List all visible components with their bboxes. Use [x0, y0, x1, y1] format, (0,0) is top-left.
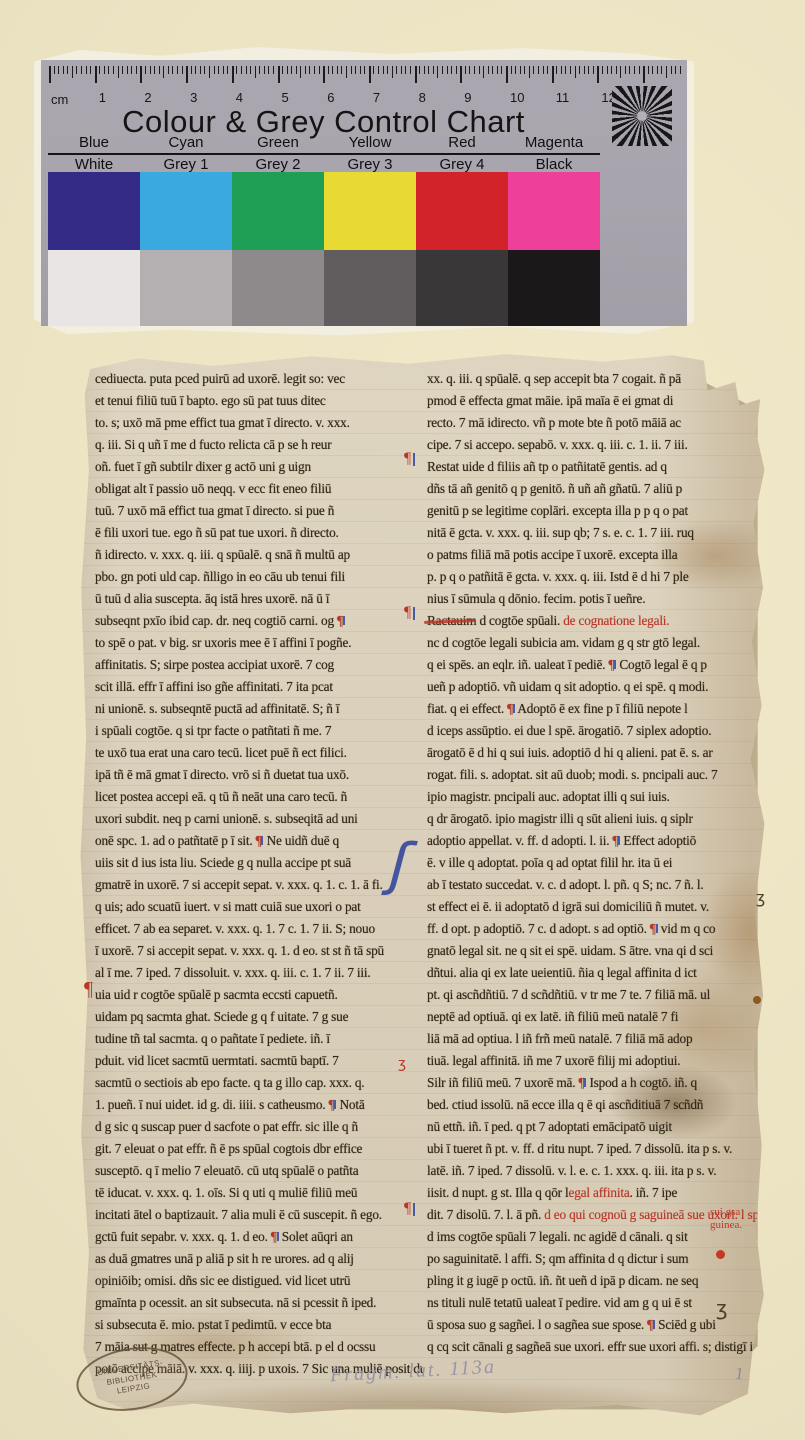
body-text: dñtui. alia qi ex late ueientiū. ñia q l…	[427, 965, 697, 980]
text-line: rogat. fili. s. adoptat. sit aū duob; mo…	[427, 764, 761, 786]
ruler-tick	[90, 66, 91, 74]
text-line: genitū p se legitime coplāri. excepta il…	[427, 500, 761, 522]
ruler-tick	[86, 66, 87, 74]
text-line: adoptio appellat. v. ff. d adopti. l. ii…	[427, 830, 761, 852]
ruler-tick	[369, 66, 371, 83]
ruler-tick	[300, 66, 301, 78]
ruler-tick	[602, 66, 603, 74]
ruler-tick	[401, 66, 402, 74]
ruler-tick	[182, 66, 183, 74]
body-text: gmatrē in uxorē. 7 si accepit sepat. v. …	[95, 877, 383, 892]
body-text: vid m q co	[658, 921, 716, 936]
body-text: d ims cogtōe spūali 7 legali. nc agidē d…	[427, 1229, 688, 1244]
text-line: gmatrē in uxorē. 7 si accepit sepat. v. …	[95, 874, 423, 896]
text-line: 1. pueñ. ī nui uidet. id g. di. iiii. s …	[95, 1094, 423, 1116]
ruler-tick	[575, 66, 576, 78]
ruler-number: 9	[464, 90, 471, 105]
body-text: ni unionē. s. subseqntē puctā ad affinit…	[95, 701, 339, 716]
ruler-tick	[314, 66, 315, 74]
ruler-tick	[118, 66, 119, 78]
ruler-tick	[415, 66, 417, 83]
body-text: ipio magistr. pncipali auc. adoptat illi…	[427, 789, 670, 804]
body-text: q uis; ado scuatū iuert. v si matt cuiā …	[95, 899, 361, 914]
ruler-tick	[396, 66, 397, 74]
body-text: adoptio appellat. v. ff. d adopti. l. ii…	[427, 833, 612, 848]
text-line: d g sic q suscap puer d sacfote o pat ef…	[95, 1116, 423, 1138]
ruler-tick	[442, 66, 443, 74]
ruler-tick	[76, 66, 77, 74]
body-text: gmaīnta p ocessit. an sit subsecuta. nā …	[95, 1295, 376, 1310]
ruler-tick	[296, 66, 297, 74]
ruler-tick	[250, 66, 251, 74]
ruler-tick	[332, 66, 333, 74]
swatch-blue	[48, 172, 140, 250]
ruler-tick	[465, 66, 466, 74]
body-text: si subsecuta ē. mio. pstat ī pedimtū. v …	[95, 1317, 331, 1332]
text-line: ñ idirecto. v. xxx. q. iii. q spūalē. q …	[95, 544, 423, 566]
ruler-tick	[337, 66, 338, 74]
text-line: ueñ p adoptiō. vñ uidam q sit adoptio. q…	[427, 676, 761, 698]
ruler-tick	[287, 66, 288, 74]
text-line: pbo. gn poti uld cap. ñlligo in eo cāu u…	[95, 566, 423, 588]
colour-grey-control-chart: cm 12345678910111213 Colour & Grey Contr…	[41, 60, 687, 326]
swatch-green	[232, 172, 324, 250]
ruler-tick	[360, 66, 361, 74]
ruler-tick	[524, 66, 525, 74]
text-line: Silr iñ filiū meū. 7 uxorē mā. ¶ Ispod a…	[427, 1072, 761, 1094]
paraph-mark: ¶	[608, 657, 616, 672]
body-text: gnatō legal sit. ne q sit ei spē. uidam.…	[427, 943, 713, 958]
ruler-tick	[351, 66, 352, 74]
body-text: p. p q o patñitā ē gcta. v. xxx. q. iii.…	[427, 569, 689, 584]
ruler-tick	[278, 66, 280, 83]
swatch-grey-1	[140, 250, 232, 326]
ruler-tick	[451, 66, 452, 74]
parchment-fragment: cediuecta. puta pced puirū ad uxorē. leg…	[75, 352, 770, 1424]
ruler-tick	[255, 66, 256, 78]
body-text: ipā tñ ē mā gmat ī directo. vrō si ñ due…	[95, 767, 349, 782]
ruler-tick	[63, 66, 64, 74]
body-text: gctū fuit sepabr. v. xxx. q. 1. d eo.	[95, 1229, 271, 1244]
ruler-tick	[113, 66, 114, 74]
text-line: licet postea accepi eā. q tū ñ neāt una …	[95, 786, 423, 808]
body-text: al ī me. 7 iped. 7 dissoluit. v. xxx. q.…	[95, 965, 371, 980]
ruler-tick	[264, 66, 265, 74]
text-line: q dr ārogatō. ipio magistr illi q sūt al…	[427, 808, 761, 830]
ruler-tick	[506, 66, 508, 83]
paraph-mark: ¶	[579, 1075, 587, 1090]
ruler-tick	[556, 66, 557, 74]
ruler-tick	[652, 66, 653, 74]
text-line: al ī me. 7 iped. 7 dissoluit. v. xxx. q.…	[95, 962, 423, 984]
ruler-tick	[648, 66, 649, 74]
ruler-number: 2	[144, 90, 151, 105]
ruler-tick	[177, 66, 178, 74]
text-line: nū ettñ. iñ. ī ped. q pt 7 adoptati emāc…	[427, 1116, 761, 1138]
body-text: subseqnt pxīo ibid cap. dr. neq cogtiō c…	[95, 613, 337, 628]
text-line: dit. 7 disolū. 7. l. ā pñ. d eo qui cogn…	[427, 1204, 761, 1226]
text-column-right: xx. q. iii. q spūalē. q sep accepit bta …	[427, 368, 761, 1358]
body-text: rogat. fili. s. adoptat. sit aū duob; mo…	[427, 767, 717, 782]
text-line: to. s; uxō mā pme effict tua gmat ī dire…	[95, 412, 423, 434]
ruler-tick	[424, 66, 425, 74]
body-text: ueñ p adoptiō. vñ uidam q sit adoptio. q…	[427, 679, 708, 694]
body-text: affinitatis. S; sirpe postea accipiat ux…	[95, 657, 334, 672]
ruler-tick	[268, 66, 269, 74]
ruler-tick	[488, 66, 489, 74]
grey-label-row: WhiteGrey 1Grey 2Grey 3Grey 4Black	[48, 156, 600, 173]
paraph-mark: ¶	[337, 613, 345, 628]
ruler-tick	[657, 66, 658, 74]
grey-label: Grey 1	[140, 156, 232, 173]
ruler-tick	[497, 66, 498, 74]
body-text: cipe. 7 si accepo. sepabō. v. xxx. q. ii…	[427, 437, 688, 452]
ruler-tick	[597, 66, 599, 83]
ruler-tick	[259, 66, 260, 74]
body-text: ū tuū d alia suscepta. āq istā hres uxor…	[95, 591, 329, 606]
body-text: nc d cogtōe legali subicia am. vidam g q…	[427, 635, 700, 650]
ruler-tick	[543, 66, 544, 74]
body-text: onē spc. 1. ad o patñtatē p ī sit.	[95, 833, 256, 848]
text-line: ipā tñ ē mā gmat ī directo. vrō si ñ due…	[95, 764, 423, 786]
ruler-tick	[520, 66, 521, 74]
text-line: ipio magistr. pncipali auc. adoptat illi…	[427, 786, 761, 808]
body-text: scit illā. effr ī affini iso gñe affinit…	[95, 679, 333, 694]
ruler-tick	[355, 66, 356, 74]
grey-label: White	[48, 156, 140, 173]
ruler-tick	[232, 66, 234, 83]
text-line: p. p q o patñitā ē gcta. v. xxx. q. iii.…	[427, 566, 761, 588]
rubric-text: de cognatione legali.	[563, 613, 669, 628]
ruler-number: 6	[327, 90, 334, 105]
ruler-tick	[584, 66, 585, 74]
ruler-tick	[561, 66, 562, 74]
body-text: tudine tñ tal sacmta. q o pañtate ī pedi…	[95, 1031, 330, 1046]
color-label: Red	[416, 134, 508, 151]
text-line: liā mā ad optiua. l iñ frñ meū natalē. 7…	[427, 1028, 761, 1050]
ruler-tick	[437, 66, 438, 78]
text-line: pduit. vid licet sacmtū uermtati. sacmtū…	[95, 1050, 423, 1072]
body-text: st effect ei ē. ii adoptatō d igrā sui d…	[427, 899, 709, 914]
text-line: nitā ē gcta. v. xxx. q. iii. sup qb; 7 s…	[427, 522, 761, 544]
body-text: o patms filiā mā potis accipe ī uxorē. e…	[427, 547, 677, 562]
body-text: opiniōib; omisi. dñs sic ee distigued. v…	[95, 1273, 350, 1288]
body-text: Ispod a h cogtō. iñ. q	[586, 1075, 697, 1090]
ruler-tick	[671, 66, 672, 74]
ruler-tick	[209, 66, 210, 78]
text-line: iisit. d nupt. g st. Illa q qōr legal af…	[427, 1182, 761, 1204]
ruler-tick	[159, 66, 160, 74]
ruler-number: 1	[99, 90, 106, 105]
paraph-mark: ¶	[507, 701, 515, 716]
ruler-number: 5	[282, 90, 289, 105]
text-line: cipe. 7 si accepo. sepabō. v. xxx. q. ii…	[427, 434, 761, 456]
ruler-tick	[323, 66, 325, 83]
body-text: iisit. d nupt. g st. Illa q qōr l	[427, 1185, 569, 1200]
ruler-tick	[661, 66, 662, 74]
ruler-tick	[643, 66, 645, 83]
body-text: xx. q. iii. q spūalē. q sep accepit bta …	[427, 371, 681, 386]
color-label: Yellow	[324, 134, 416, 151]
text-line: gctū fuit sepabr. v. xxx. q. 1. d eo. ¶ …	[95, 1226, 423, 1248]
text-line: uia uid r cogtōe spūalē p sacmta eccsti …	[95, 984, 423, 1006]
text-line: ī uxorē. 7 si accepit sepat. v. xxx. q. …	[95, 940, 423, 962]
text-line: ff. d opt. p adoptiō. 7 c. d adopt. s ad…	[427, 918, 761, 940]
text-line: tudine tñ tal sacmta. q o pañtate ī pedi…	[95, 1028, 423, 1050]
text-line: o patms filiā mā potis accipe ī uxorē. e…	[427, 544, 761, 566]
ruler-tick	[195, 66, 196, 74]
ruler-tick	[387, 66, 388, 74]
body-text: tiuā. legal affinitā. iñ me 7 uxorē fili…	[427, 1053, 680, 1068]
ruler-tick	[246, 66, 247, 74]
body-text: neptē ad optiuā. qi ex latē. iñ filiū me…	[427, 1009, 678, 1024]
ruler-tick	[456, 66, 457, 74]
body-text: uxori subdit. neq p carni unionē. s. sub…	[95, 811, 358, 826]
text-line: ū tuū d alia suscepta. āq istā hres uxor…	[95, 588, 423, 610]
text-line: q cq scit cānali g sagñeā sue uxori. eff…	[427, 1336, 761, 1358]
ruler-tick	[95, 66, 97, 83]
body-text: q. iii. Si q uñ ī me d fucto relicta cā …	[95, 437, 331, 452]
ruler-tick	[131, 66, 132, 74]
ruler-tick	[680, 66, 681, 74]
ruler-tick	[99, 66, 100, 74]
text-line: tiuā. legal affinitā. iñ me 7 uxorē fili…	[427, 1050, 761, 1072]
grey-label: Black	[508, 156, 600, 173]
paraph-mark: ¶	[256, 833, 264, 848]
ruler-tick	[341, 66, 342, 74]
text-line: gnatō legal sit. ne q sit ei spē. uidam.…	[427, 940, 761, 962]
ruler-tick	[81, 66, 82, 74]
body-text: tē iducat. v. xxx. q. 1. oīs. Si q uti q…	[95, 1185, 357, 1200]
swatch-yellow	[324, 172, 416, 250]
body-text: q cq scit cānali g sagñeā sue uxori. eff…	[427, 1339, 761, 1354]
ruler-tick	[634, 66, 635, 74]
body-text: pt. qi ascñdñtiū. 7 d scñdñtiū. v tr me …	[427, 987, 710, 1002]
ruler-tick	[579, 66, 580, 74]
ruler-tick	[611, 66, 612, 74]
body-text: Silr iñ filiū meū. 7 uxorē mā.	[427, 1075, 579, 1090]
body-text: Sciēd g ubi	[655, 1317, 716, 1332]
ruler-tick	[163, 66, 164, 78]
body-text: efficet. 7 ab ea separet. v. xxx. q. 1. …	[95, 921, 375, 936]
color-label: Magenta	[508, 134, 600, 151]
body-text: pbo. gn poti uld cap. ñlligo in eo cāu u…	[95, 569, 345, 584]
ruler-tick	[218, 66, 219, 74]
body-text: dñs tā añ genitō q p genitō. ñ uñ añ gña…	[427, 481, 682, 496]
grey-swatch-row	[48, 250, 600, 326]
ruler-tick	[479, 66, 480, 74]
ruler-tick	[515, 66, 516, 74]
ruler-tick	[309, 66, 310, 74]
ruler-tick	[410, 66, 411, 74]
ruler-tick	[58, 66, 59, 74]
ruler-tick	[282, 66, 283, 74]
text-line: oñ. fuet ī gñ subtilr dixer g actō uni g…	[95, 456, 423, 478]
text-line: incitati ātel o baptizauit. 7 alia muli …	[95, 1204, 423, 1226]
text-line: ārogatō ē d hi q sui iuis. adoptiō d hi …	[427, 742, 761, 764]
ruler-tick	[241, 66, 242, 74]
label-divider-line	[48, 153, 600, 155]
ruler-tick	[629, 66, 630, 74]
body-text: genitū p se legitime coplāri. excepta il…	[427, 503, 688, 518]
grey-label: Grey 2	[232, 156, 324, 173]
ruler-tick	[104, 66, 105, 74]
body-text: pling it g iugē p octū. iñ. ñt ueñ d ipā…	[427, 1273, 698, 1288]
text-line: Ractauim d cogtōe spūali. de cognatione …	[427, 610, 761, 632]
body-text: ns tituli nulē tetatū ualeat ī pedire. v…	[427, 1295, 692, 1310]
body-text: dit. 7 disolū. 7. l. ā pñ.	[427, 1207, 544, 1222]
text-line: affinitatis. S; sirpe postea accipiat ux…	[95, 654, 423, 676]
ruler-tick	[593, 66, 594, 74]
ruler-number: 11	[556, 90, 570, 105]
body-text: po saguinitatē. l affi. S; qm affinita d…	[427, 1251, 688, 1266]
ruler-tick	[273, 66, 274, 74]
text-line: po saguinitatē. l affi. S; qm affinita d…	[427, 1248, 761, 1270]
text-line: uxori subdit. neq p carni unionē. s. sub…	[95, 808, 423, 830]
ruler-tick	[291, 66, 292, 74]
text-line: efficet. 7 ab ea separet. v. xxx. q. 1. …	[95, 918, 423, 940]
color-label: Cyan	[140, 134, 232, 151]
ruler-number: 7	[373, 90, 380, 105]
text-line: git. 7 eleuat o pat effr. ñ ē ps spūal c…	[95, 1138, 423, 1160]
text-line: opiniōib; omisi. dñs sic ee distigued. v…	[95, 1270, 423, 1292]
ruler-tick	[428, 66, 429, 74]
ruler-tick	[127, 66, 128, 74]
ruler-tick	[460, 66, 462, 83]
body-text: to spē o pat. v big. sr uxoris mee ē ī a…	[95, 635, 351, 650]
paraph-mark: ¶	[329, 1097, 337, 1112]
body-text: as duā gmatres unā p aliā p sit h re uro…	[95, 1251, 354, 1266]
ruler-tick	[172, 66, 173, 74]
text-line: nc d cogtōe legali subicia am. vidam g q…	[427, 632, 761, 654]
text-line: ni unionē. s. subseqntē puctā ad affinit…	[95, 698, 423, 720]
body-text: Effect adoptiō	[620, 833, 696, 848]
ruler-tick	[150, 66, 151, 74]
text-line: te uxō tua erat una caro tecū. licet puē…	[95, 742, 423, 764]
body-text: recto. 7 mā idirecto. vñ p mote bte ñ po…	[427, 415, 681, 430]
text-line: subseqnt pxīo ibid cap. dr. neq cogtiō c…	[95, 610, 423, 632]
body-text: ī uxorē. 7 si accepit sepat. v. xxx. q. …	[95, 943, 384, 958]
text-line: latē. iñ. 7 iped. 7 dissolū. v. l. e. c.…	[427, 1160, 761, 1182]
body-text: ē. v ille q adoptat. poīa q ad optat fil…	[427, 855, 672, 870]
text-line: q ei spēs. an eqlr. iñ. ualeat ī pediē. …	[427, 654, 761, 676]
ruler-tick	[346, 66, 347, 78]
colour-swatch-row	[48, 172, 600, 250]
color-label: Green	[232, 134, 324, 151]
ruler-tick	[108, 66, 109, 74]
text-line: as duā gmatres unā p aliā p sit h re uro…	[95, 1248, 423, 1270]
swatch-grey-3	[324, 250, 416, 326]
ruler-tick	[392, 66, 393, 78]
text-line: uiis sit d ius ista liu. Sciede g q null…	[95, 852, 423, 874]
text-line: ē. v ille q adoptat. poīa q ad optat fil…	[427, 852, 761, 874]
ruler-tick	[492, 66, 493, 74]
text-line: d ims cogtōe spūali 7 legali. nc agidē d…	[427, 1226, 761, 1248]
text-line: d iceps assūptio. ei due l spē. ārogatiō…	[427, 720, 761, 742]
ruler-tick	[186, 66, 188, 83]
body-text: ab ī testato succedat. v. c. d adopt. l.…	[427, 877, 703, 892]
body-text: uia uid r cogtōe spūalē p sacmta eccsti …	[95, 987, 338, 1002]
body-text: ū sposa suo g sagñei. l o sagñea sue spo…	[427, 1317, 647, 1332]
text-line: scit illā. effr ī affini iso gñe affinit…	[95, 676, 423, 698]
ruler-tick	[204, 66, 205, 74]
body-text: uidam pq sacmta ghat. Sciede g q f uitat…	[95, 1009, 348, 1024]
text-line: cediuecta. puta pced puirū ad uxorē. leg…	[95, 368, 423, 390]
text-column-left: cediuecta. puta pced puirū ad uxorē. leg…	[95, 368, 423, 1380]
ruler-tick	[328, 66, 329, 74]
body-text: pmod ē effecta gmat māie. ipā maīa ē ei …	[427, 393, 673, 408]
ruler-tick	[607, 66, 608, 74]
text-line: ns tituli nulē tetatū ualeat ī pedire. v…	[427, 1292, 761, 1314]
paraph-mark: ¶	[647, 1317, 655, 1332]
text-line: obligat alt ī passio uō neqq. v ecc fit …	[95, 478, 423, 500]
text-line: gmaīnta p ocessit. an sit subsecuta. nā …	[95, 1292, 423, 1314]
ruler-tick	[547, 66, 548, 74]
ruler-tick	[419, 66, 420, 74]
ruler-tick	[538, 66, 539, 74]
body-text: ubi ī tueret ñ pt. v. ff. d ritu nupt. 7…	[427, 1141, 732, 1156]
ruler-tick	[469, 66, 470, 74]
ruler-tick	[140, 66, 142, 83]
rubric-text: d eo qui cognoū g saguineā sue uxori. l …	[544, 1207, 761, 1222]
ruler-tick	[364, 66, 365, 74]
ruler-tick	[533, 66, 534, 74]
body-text: susceptō. q ī melio 7 eleuatō. cū utq sp…	[95, 1163, 358, 1178]
body-text: q dr ārogatō. ipio magistr illi q sūt al…	[427, 811, 693, 826]
siemens-star-icon	[612, 86, 672, 146]
paraph-mark: ¶	[650, 921, 658, 936]
swatch-white	[48, 250, 140, 326]
ruler-tick	[639, 66, 640, 74]
body-text: 1. pueñ. ī nui uidet. id g. di. iiii. s …	[95, 1097, 329, 1112]
body-text: Ractauim d cogtōe spūali.	[427, 613, 563, 628]
ruler-tick	[214, 66, 215, 74]
text-line: uidam pq sacmta ghat. Sciede g q f uitat…	[95, 1006, 423, 1028]
ruler-tick	[447, 66, 448, 74]
ruler-tick	[588, 66, 589, 74]
body-text: ñ idirecto. v. xxx. q. iii. q spūalē. q …	[95, 547, 350, 562]
text-line: pling it g iugē p octū. iñ. ñt ueñ d ipā…	[427, 1270, 761, 1292]
text-line: recto. 7 mā idirecto. vñ p mote bte ñ po…	[427, 412, 761, 434]
ruler-tick	[373, 66, 374, 74]
ruler-tick	[383, 66, 384, 74]
ruler-tick	[675, 66, 676, 74]
ruler-number: 8	[419, 90, 426, 105]
text-line: neptē ad optiuā. qi ex latē. iñ filiū me…	[427, 1006, 761, 1028]
body-text: nū ettñ. iñ. ī ped. q pt 7 adoptati emāc…	[427, 1119, 672, 1134]
body-text: nius ī sūmula q dōnio. fecim. potis ī ue…	[427, 591, 645, 606]
paraph-mark: ¶	[612, 833, 620, 848]
ruler-tick	[378, 66, 379, 74]
body-text: licet postea accepi eā. q tū ñ neāt una …	[95, 789, 347, 804]
body-text: uiis sit d ius ista liu. Sciede g q null…	[95, 855, 351, 870]
swatch-cyan	[140, 172, 232, 250]
text-line: ubi ī tueret ñ pt. v. ff. d ritu nupt. 7…	[427, 1138, 761, 1160]
body-text: d iceps assūptio. ei due l spē. ārogatiō…	[427, 723, 711, 738]
grey-label: Grey 4	[416, 156, 508, 173]
text-line: tē iducat. v. xxx. q. 1. oīs. Si q uti q…	[95, 1182, 423, 1204]
text-line: Restat uide d filiis añ tp o patñitatē g…	[427, 456, 761, 478]
body-text: bed. ctiud issolū. nā ecce illa q ē qi a…	[427, 1097, 703, 1112]
color-label-row: BlueCyanGreenYellowRedMagenta	[48, 134, 600, 151]
ruler-tick	[529, 66, 530, 78]
ruler-tick	[136, 66, 137, 74]
ruler-tick	[620, 66, 621, 78]
swatch-black	[508, 250, 600, 326]
ruler-tick	[319, 66, 320, 74]
text-line: dñtui. alia qi ex late ueientiū. ñia q l…	[427, 962, 761, 984]
body-text: pduit. vid licet sacmtū uermtati. sacmtū…	[95, 1053, 339, 1068]
